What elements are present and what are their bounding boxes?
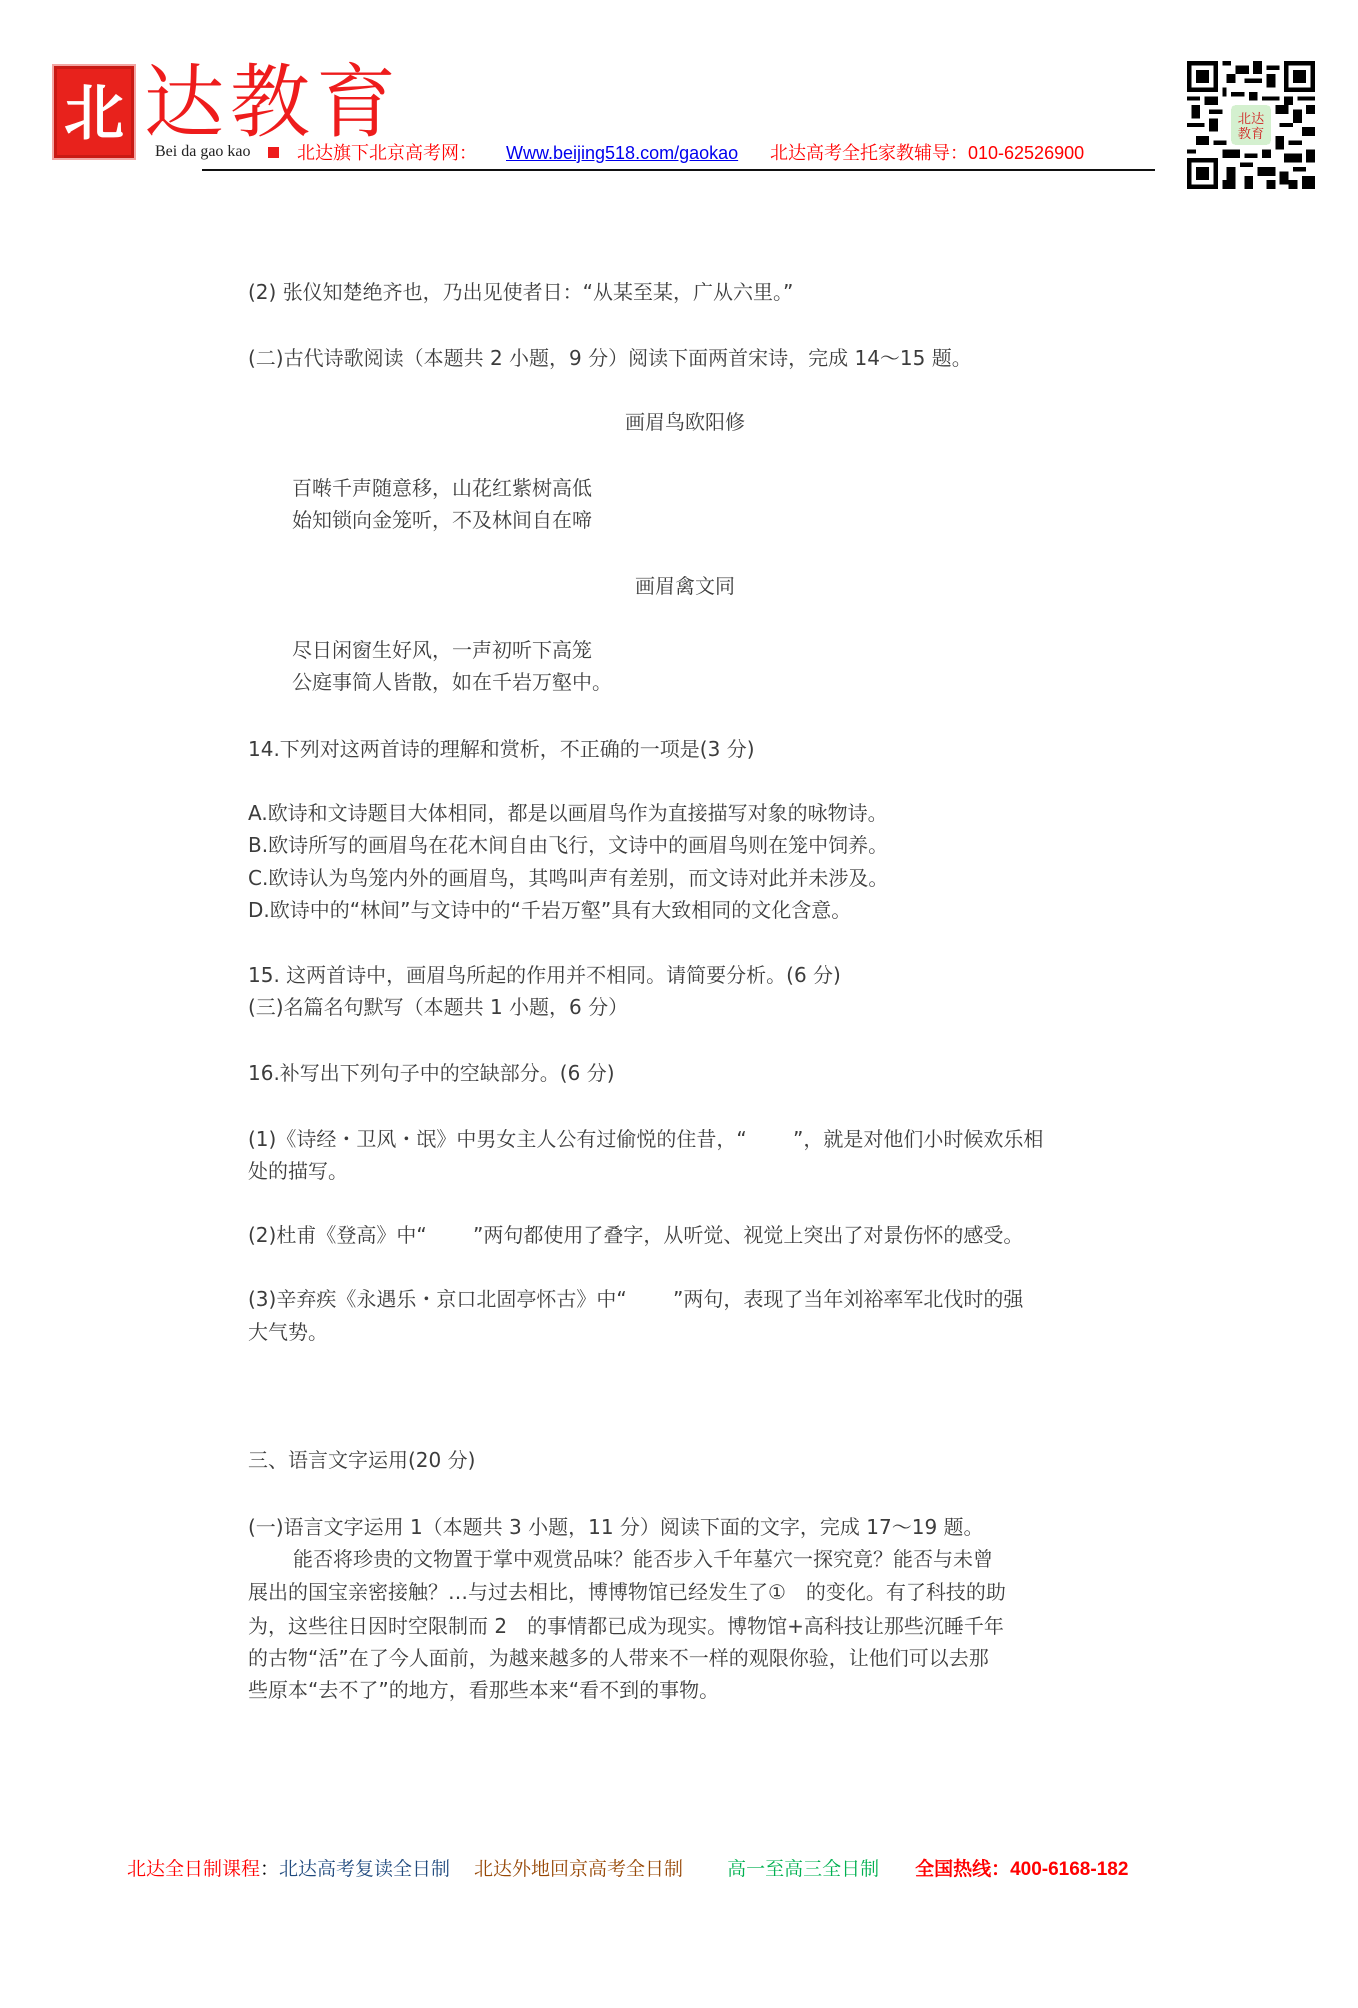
footer-course-return: 北达外地回京高考全日制 — [474, 1859, 683, 1880]
site-link[interactable]: Www.beijing518.com/gaokao — [506, 141, 738, 165]
passage-line: 的古物“活”在了今人面前，为越来越多的人带来不一样的观限你验，让他们可以去那 — [248, 1645, 989, 1671]
footer-course-grades: 高一至高三全日制 — [727, 1859, 879, 1880]
question-16-item-2: (2)杜甫《登高》中“ ”两句都使用了叠字，从听觉、视觉上突出了对景伤怀的感受。 — [248, 1222, 1023, 1248]
section-2-intro: (二)古代诗歌阅读（本题共 2 小题，9 分）阅读下面两首宋诗，完成 14～15… — [248, 345, 972, 371]
question-16-item-3-cont: 大气势。 — [248, 1319, 328, 1345]
passage-line: 展出的国宝亲密接触？…与过去相比，博博物馆已经发生了① 的变化。有了科技的助 — [248, 1579, 1006, 1605]
question-14-option-d: D.欧诗中的“林间”与文诗中的“千岩万壑”具有大致相同的文化含意。 — [248, 897, 851, 923]
question-16-item-1: (1)《诗经・卫风・氓》中男女主人公有过偷悦的住昔，“ ”，就是对他们小时候欢乐… — [248, 1126, 1043, 1152]
part-3-title: 三、语言文字运用(20 分) — [248, 1447, 475, 1473]
section-3-intro: (三)名篇名句默写（本题共 1 小题，6 分） — [248, 994, 628, 1020]
poem-1-line: 百啭千声随意移，山花红紫树高低 — [292, 475, 592, 501]
poem-2-line: 公庭事简人皆散，如在千岩万壑中。 — [292, 669, 612, 695]
question-14-option-b: B.欧诗所写的画眉鸟在花木间自由飞行，文诗中的画眉鸟则在笼中饲养。 — [248, 832, 888, 858]
question-16-item-3: (3)辛弃疾《永遇乐・京口北固亭怀古》中“ ”两句，表现了当年刘裕率军北伐时的强 — [248, 1286, 1023, 1312]
site-label: 北达旗下北京高考网： — [297, 141, 477, 165]
question-15: 15. 这两首诗中，画眉鸟所起的作用并不相同。请简要分析。(6 分) — [248, 962, 841, 988]
bullet-square-icon — [268, 147, 279, 158]
svg-text:北达: 北达 — [1238, 110, 1265, 127]
question-16-stem: 16.补写出下列句子中的空缺部分。(6 分) — [248, 1060, 615, 1086]
part-3-subsection: (一)语言文字运用 1（本题共 3 小题，11 分）阅读下面的文字，完成 17～… — [248, 1514, 984, 1540]
logo-pinyin: Bei da gao kao — [155, 143, 251, 161]
poem-2-title: 画眉禽文同 — [0, 573, 1358, 599]
footer-course-repeat: 北达高考复读全日制 — [279, 1859, 450, 1880]
footer-colon: ： — [260, 1859, 279, 1880]
header-divider — [202, 169, 1155, 171]
passage-line: 些原本“去不了”的地方，看那些本来“看不到的事物。 — [248, 1677, 719, 1703]
question-16-item-1-cont: 处的描写。 — [248, 1158, 348, 1184]
question-14-stem: 14.下列对这两首诗的理解和赏析，不正确的一项是(3 分) — [248, 736, 755, 762]
poem-1-line: 始知锁向金笼听，不及林间自在啼 — [292, 507, 592, 533]
tutoring-hotline: 北达高考全托家教辅导：010-62526900 — [770, 141, 1084, 165]
footer: 北达全日制课程：北达高考复读全日制北达外地回京高考全日制高一至高三全日制全国热线… — [127, 1858, 1128, 1882]
passage-line: 能否将珍贵的文物置于掌中观赏品味？能否步入千年墓穴一探究竟？能否与未曾 — [293, 1546, 993, 1572]
qr-code-icon[interactable]: 北达 教育 — [1187, 60, 1315, 190]
footer-label: 北达全日制课程 — [127, 1859, 260, 1880]
question-13-item-2: (2) 张仪知楚绝齐也，乃出见使者日：“从某至某，广从六里。” — [248, 279, 793, 305]
poem-2-line: 尽日闲窗生好风，一声初听下高笼 — [292, 637, 592, 663]
footer-hotline: 全国热线：400-6168-182 — [915, 1859, 1128, 1880]
logo-char: 北 — [57, 79, 131, 149]
question-14-option-c: C.欧诗认为鸟笼内外的画眉鸟，其鸣叫声有差别，而文诗对此并未涉及。 — [248, 865, 888, 891]
question-14-option-a: A.欧诗和文诗题目大体相同，都是以画眉鸟作为直接描写对象的咏物诗。 — [248, 800, 888, 826]
poem-1-title: 画眉鸟欧阳修 — [0, 409, 1358, 435]
passage-line: 为，这些往日因时空限制而 2 的事情都已成为现实。博物馆+高科技让那些沉睡千年 — [248, 1613, 1004, 1639]
logo-text: 达教育 — [144, 58, 402, 148]
svg-text:教育: 教育 — [1238, 125, 1264, 142]
logo-badge: 北 — [54, 66, 134, 158]
